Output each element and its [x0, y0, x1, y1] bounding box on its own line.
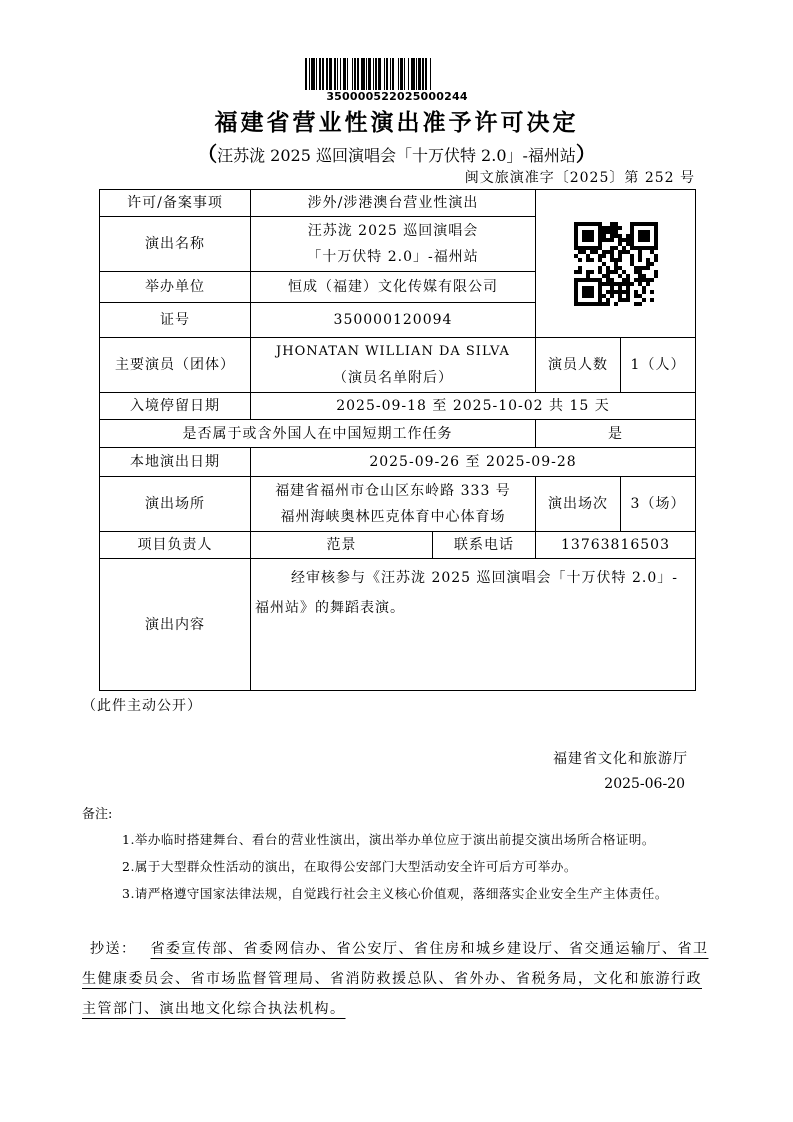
cert-no-label: 证号: [100, 303, 251, 338]
note-item: 1.举办临时搭建舞台、看台的营业性演出，演出举办单位应于演出前提交演出场所合格证…: [122, 830, 655, 848]
organizer-value: 恒成（福建）文化传媒有限公司: [251, 272, 536, 303]
organizer-label: 举办单位: [100, 272, 251, 303]
performers-label: 主要演员（团体）: [100, 338, 251, 393]
cc-recipients: 省委宣传部、省委网信办、省公安厅、省住房和城乡建设厅、省交通运输厅、省卫生健康委…: [82, 941, 709, 1017]
barcode-number: 350000522025000244: [305, 90, 489, 103]
barcode: [305, 58, 489, 90]
cc-list: 抄送：省委宣传部、省委网信办、省公安厅、省住房和城乡建设厅、省交通运输厅、省卫生…: [82, 934, 714, 1024]
public-notice: （此件主动公开）: [82, 695, 202, 715]
table-row: 演出内容 经审核参与《汪苏泷 2025 巡回演唱会「十万伏特 2.0」-福州站》…: [100, 559, 696, 691]
phone-label: 联系电话: [433, 532, 536, 559]
table-row: 是否属于或含外国人在中国短期工作任务 是: [100, 420, 696, 448]
table-row: 主要演员（团体） JHONATAN WILLIAN DA SILVA （演员名单…: [100, 338, 696, 393]
license-item-value: 涉外/涉港澳台营业性演出: [251, 190, 536, 217]
content-value: 经审核参与《汪苏泷 2025 巡回演唱会「十万伏特 2.0」-福州站》的舞蹈表演…: [251, 559, 696, 691]
issuer: 福建省文化和旅游厅: [553, 748, 688, 768]
table-row: 演出场所 福建省福州市仓山区东岭路 333 号 福州海峡奥林匹克体育中心体育场 …: [100, 477, 696, 532]
local-dates-value: 2025-09-26 至 2025-09-28: [251, 448, 696, 477]
table-row: 入境停留日期 2025-09-18 至 2025-10-02 共 15 天: [100, 393, 696, 420]
short-term-work-value: 是: [536, 420, 696, 448]
shows-count-label: 演出场次: [536, 477, 621, 532]
performers-line2: （演员名单附后）: [251, 365, 535, 391]
shows-count-value: 3（场）: [621, 477, 696, 532]
qr-code-cell: [536, 190, 696, 338]
performer-count-value: 1（人）: [621, 338, 696, 393]
cert-no-value: 350000120094: [251, 303, 536, 338]
cc-label: 抄送：: [90, 941, 137, 957]
content-label: 演出内容: [100, 559, 251, 691]
permit-table: 许可/备案事项 涉外/涉港澳台营业性演出 演出名称 汪苏泷 2025 巡回演唱会…: [99, 189, 696, 691]
qr-code: [574, 222, 658, 306]
show-name-value: 汪苏泷 2025 巡回演唱会 「十万伏特 2.0」-福州站: [251, 217, 536, 272]
venue-line2: 福州海峡奥林匹克体育中心体育场: [251, 504, 535, 530]
show-name-label: 演出名称: [100, 217, 251, 272]
venue-line1: 福建省福州市仓山区东岭路 333 号: [251, 478, 535, 504]
license-item-label: 许可/备案事项: [100, 190, 251, 217]
manager-value: 范景: [251, 532, 433, 559]
venue-value: 福建省福州市仓山区东岭路 333 号 福州海峡奥林匹克体育中心体育场: [251, 477, 536, 532]
short-term-work-label: 是否属于或含外国人在中国短期工作任务: [100, 420, 536, 448]
notes-label: 备注:: [82, 803, 112, 822]
subtitle-close-paren: ）: [576, 142, 596, 166]
phone-value: 13763816503: [536, 532, 696, 559]
document-title: 福建省营业性演出准予许可决定: [0, 104, 793, 137]
table-row: 项目负责人 范景 联系电话 13763816503: [100, 532, 696, 559]
performer-count-label: 演员人数: [536, 338, 621, 393]
show-name-line2: 「十万伏特 2.0」-福州站: [251, 244, 535, 270]
document-number: 闽文旅演准字〔2025〕第 252 号: [465, 167, 695, 187]
table-row: 本地演出日期 2025-09-26 至 2025-09-28: [100, 448, 696, 477]
subtitle-text: 汪苏泷 2025 巡回演唱会「十万伏特 2.0」-福州站: [217, 146, 576, 165]
venue-label: 演出场所: [100, 477, 251, 532]
document-subtitle: （汪苏泷 2025 巡回演唱会「十万伏特 2.0」-福州站）: [0, 138, 793, 167]
performers-line1: JHONATAN WILLIAN DA SILVA: [251, 339, 535, 365]
cc-text: 省委宣传部、省委网信办、省公安厅、省住房和城乡建设厅、省交通运输厅、省卫生健康委…: [82, 941, 709, 1017]
performers-value: JHONATAN WILLIAN DA SILVA （演员名单附后）: [251, 338, 536, 393]
subtitle-open-paren: （: [197, 142, 217, 166]
note-item: 2.属于大型群众性活动的演出，在取得公安部门大型活动安全许可后方可举办。: [122, 857, 577, 875]
local-dates-label: 本地演出日期: [100, 448, 251, 477]
stay-period-value: 2025-09-18 至 2025-10-02 共 15 天: [251, 393, 696, 420]
issue-date: 2025-06-20: [604, 776, 685, 792]
show-name-line1: 汪苏泷 2025 巡回演唱会: [251, 218, 535, 244]
note-item: 3.请严格遵守国家法律法规，自觉践行社会主义核心价值观，落细落实企业安全生产主体…: [122, 884, 668, 902]
manager-label: 项目负责人: [100, 532, 251, 559]
table-row: 许可/备案事项 涉外/涉港澳台营业性演出: [100, 190, 696, 217]
stay-period-label: 入境停留日期: [100, 393, 251, 420]
content-text: 经审核参与《汪苏泷 2025 巡回演唱会「十万伏特 2.0」-福州站》的舞蹈表演…: [255, 570, 678, 616]
